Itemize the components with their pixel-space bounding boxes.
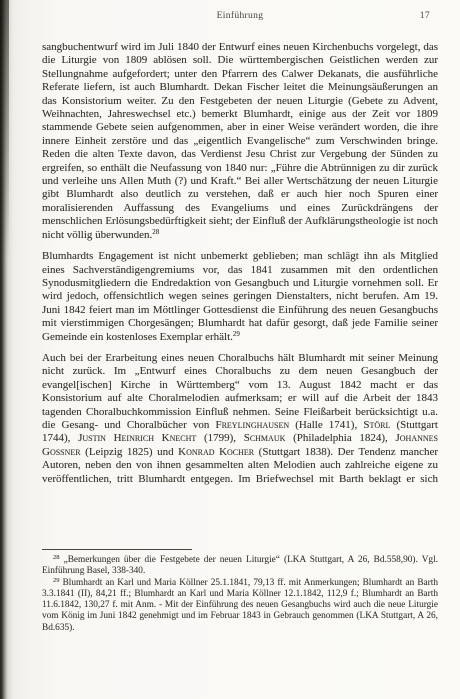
paragraph: sangbuchentwurf wird im Juli 1840 der En… [42,41,438,242]
footnote-ref: 29 [233,330,240,338]
footnote-ref: 28 [152,228,159,236]
paragraph-text: (Halle 1741), [289,419,363,431]
paragraph-text: sangbuchentwurf wird im Juli 1840 der En… [42,41,438,241]
footnote: 29 Blumhardt an Karl und Maria Köllner 2… [42,578,438,634]
scan-edge-shadow [0,0,9,260]
small-caps-name: Schmauk [244,432,286,444]
page-number: 17 [420,10,430,21]
page-header: Einführung 17 [42,10,438,24]
paragraph-text: (Philadelphia 1824), [285,432,395,444]
paragraph-text: (Leipzig 1825) und [81,446,179,458]
book-page-scan: Einführung 17 sangbuchentwurf wird im Ju… [0,0,460,699]
small-caps-name: Störl [363,419,390,431]
small-caps-name: Konrad Kocher [178,446,254,458]
small-caps-name: Justin Heinrich Knecht [78,432,196,444]
footnote-marker: 29 [53,577,60,584]
footnote: 28 „Bemerkungen über die Festgebete der … [42,555,438,578]
footnotes: 28 „Bemerkungen über die Festgebete der … [42,555,438,634]
paragraph-text: Blumhardts Engagement ist nicht unbemerk… [42,250,438,342]
paragraph: Auch bei der Erarbeitung eines neuen Cho… [42,352,438,486]
footnote-marker: 28 [53,554,60,561]
running-title: Einführung [42,10,438,21]
paragraph-text: (1799), [196,432,243,444]
body-text: sangbuchentwurf wird im Juli 1840 der En… [42,41,438,486]
footnote-separator [42,549,192,550]
small-caps-name: Freylinghausen [215,419,289,431]
paragraph: Blumhardts Engagement ist nicht unbemerk… [42,250,438,344]
